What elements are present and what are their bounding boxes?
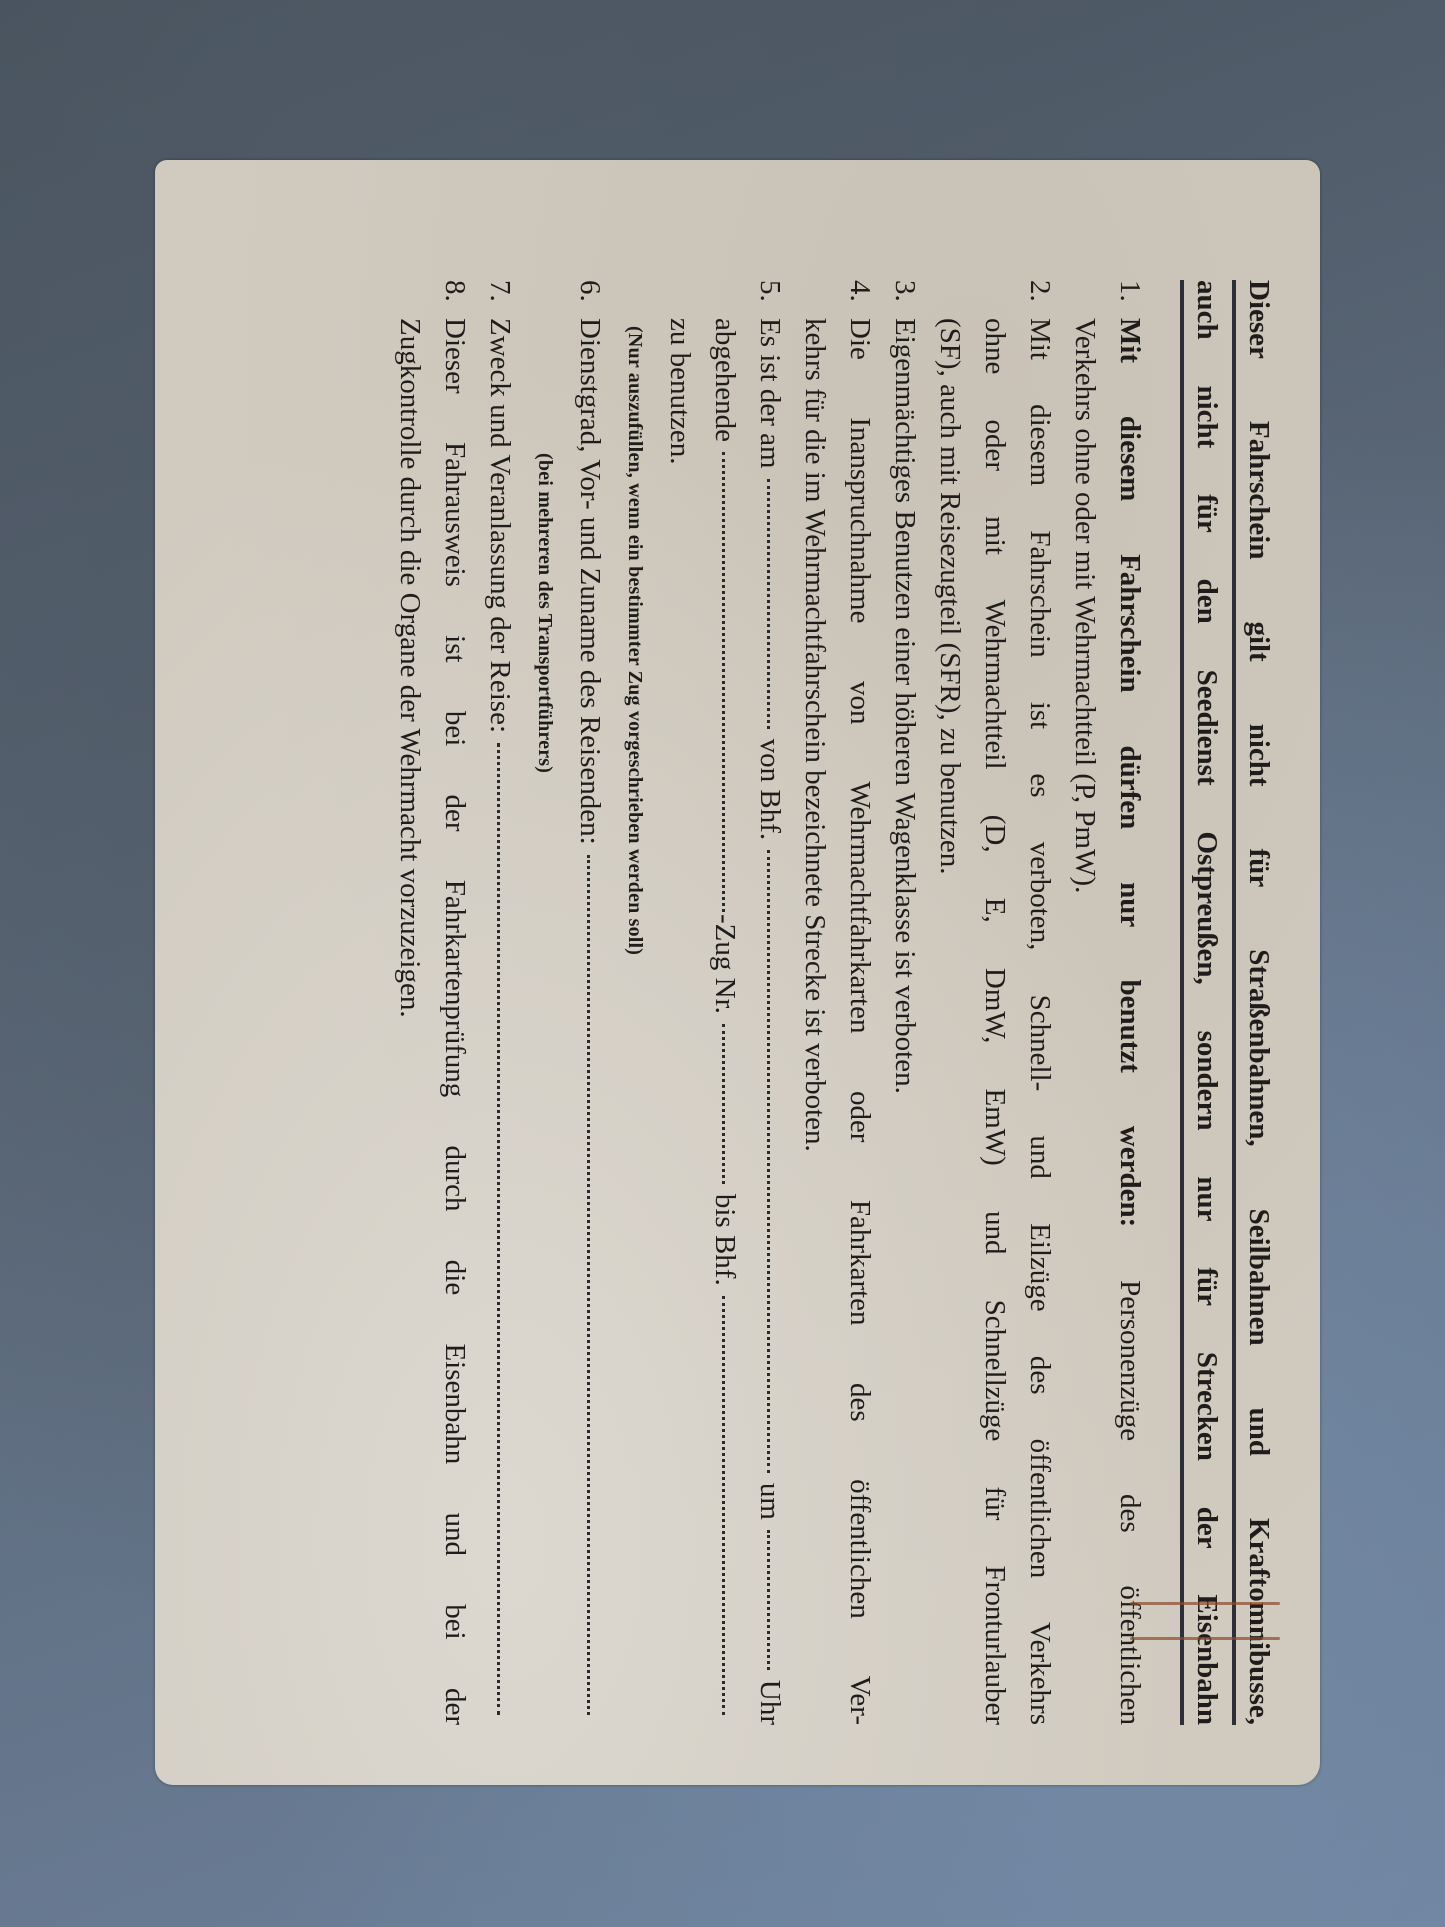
header-word: Kraftomnibusse, xyxy=(1238,1518,1280,1725)
item-number: 8. xyxy=(387,280,477,318)
travel-purpose-field[interactable] xyxy=(497,743,500,1715)
item-number: 5. xyxy=(612,280,792,318)
condition-5: 5. Es ist der am von Bhf. um Uhr abgehen… xyxy=(612,280,792,1725)
condition-text: Verkehrs ohne oder mit Wehrmachtteil (P,… xyxy=(1062,318,1107,1725)
condition-text: ohne oder mit Wehrmachtteil (D, E, DmW, … xyxy=(972,318,1017,1725)
condition-text: Die Inanspruchnahme von Wehrmachtfahrkar… xyxy=(837,318,882,1725)
header-word: nicht xyxy=(1186,385,1228,448)
condition-6: 6. Dienstgrad, Vor- und Zuname des Reise… xyxy=(522,280,612,1725)
condition-8: 8. Dieser Fahrausweis ist bei der Fahrka… xyxy=(387,280,477,1725)
condition-3: 3. Eigenmächtiges Benutzen einer höheren… xyxy=(882,280,927,1725)
rust-stain xyxy=(1130,1602,1280,1605)
condition-text: (SF), auch mit Reisezugteil (SFR), zu be… xyxy=(927,318,972,1725)
condition-1: 1. Mit diesem Fahrschein dürfen nur benu… xyxy=(1062,280,1152,1725)
condition-text: Zugkontrolle durch die Organe der Wehrma… xyxy=(387,318,432,1725)
traveler-name-field[interactable] xyxy=(587,855,590,1715)
item-number: 7. xyxy=(477,280,522,318)
arrival-station-field[interactable] xyxy=(722,1296,725,1715)
header-word: nur xyxy=(1186,1176,1228,1221)
field-label: bis Bhf. xyxy=(702,1194,747,1286)
time-field[interactable] xyxy=(767,1530,770,1670)
field-label: um xyxy=(747,1483,792,1520)
field-label: Uhr xyxy=(747,1680,792,1725)
item-number: 3. xyxy=(882,280,927,318)
condition-text: Personenzüge des öffentlichen xyxy=(1114,1280,1146,1725)
field-label: -Zug Nr. xyxy=(702,914,747,1014)
header-line-2: auchnichtfürdenSeedienstOstpreußen,sonde… xyxy=(1180,280,1228,1725)
condition-text: kehrs für die im Wehrmachtfahrschein bez… xyxy=(792,318,837,1725)
header-word: für xyxy=(1186,494,1228,533)
header-word: Seedienst xyxy=(1186,670,1228,786)
date-field[interactable] xyxy=(767,479,770,729)
item-number: 1. xyxy=(1062,280,1152,318)
header-word: Ostpreußen, xyxy=(1186,831,1228,984)
field-label: Dienstgrad, Vor- und Zuname des Reisende… xyxy=(567,318,612,845)
header-word: den xyxy=(1186,579,1228,624)
condition-7: 7. Zweck und Veranlassung der Reise: xyxy=(477,280,522,1725)
departure-station-field[interactable] xyxy=(767,850,770,1473)
field-label: von Bhf. xyxy=(747,739,792,841)
fill-note: (Nur auszufüllen, wenn ein bestimmter Zu… xyxy=(612,318,657,1725)
header-word: Eisenbahn xyxy=(1186,1594,1228,1725)
condition-text: Dieser Fahrausweis ist bei der Fahrkarte… xyxy=(432,318,477,1725)
ticket-header: DieserFahrscheingiltnichtfürStraßenbahne… xyxy=(1174,280,1280,1725)
header-word: nicht xyxy=(1238,724,1280,787)
conditions-list: 1. Mit diesem Fahrschein dürfen nur benu… xyxy=(387,280,1152,1725)
header-word: für xyxy=(1186,1267,1228,1306)
item-number: 2. xyxy=(927,280,1062,318)
item-number: 6. xyxy=(522,280,612,318)
ticket-card: DieserFahrscheingiltnichtfürStraßenbahne… xyxy=(155,160,1320,1785)
condition-text: Mit diesem Fahrschein ist es verboten, S… xyxy=(1017,318,1062,1725)
header-word: der xyxy=(1186,1507,1228,1549)
header-line-1: DieserFahrscheingiltnichtfürStraßenbahne… xyxy=(1232,280,1280,1725)
condition-2: 2. Mit diesem Fahrschein ist es verboten… xyxy=(927,280,1062,1725)
condition-text: Eigenmächtiges Benutzen einer höheren Wa… xyxy=(882,318,927,1725)
header-word: sondern xyxy=(1186,1031,1228,1131)
train-number-field[interactable] xyxy=(722,1024,725,1184)
header-word: und xyxy=(1238,1408,1280,1456)
header-word: Seilbahnen xyxy=(1238,1209,1280,1346)
header-word: Fahrschein xyxy=(1238,421,1280,560)
header-word: Straßenbahnen, xyxy=(1238,949,1280,1146)
condition-4: 4. Die Inanspruchnahme von Wehrmachtfahr… xyxy=(792,280,882,1725)
header-word: Strecken xyxy=(1186,1352,1228,1461)
header-word: für xyxy=(1238,849,1280,888)
fill-note: (bei mehreren des Transportführers) xyxy=(522,318,567,1725)
header-word: Dieser xyxy=(1238,280,1280,359)
condition-text: zu benutzen. xyxy=(657,318,702,1725)
field-label: Zweck und Veranlassung der Reise: xyxy=(477,318,522,733)
train-type-field[interactable] xyxy=(722,452,725,912)
field-label: abgehende xyxy=(702,318,747,442)
condition-lead: Mit diesem Fahrschein dürfen nur benutzt… xyxy=(1114,318,1146,1227)
field-label: Es ist der am xyxy=(747,318,792,469)
header-word: auch xyxy=(1186,280,1228,340)
rust-stain xyxy=(1130,1637,1280,1640)
item-number: 4. xyxy=(792,280,882,318)
header-word: gilt xyxy=(1238,621,1280,661)
